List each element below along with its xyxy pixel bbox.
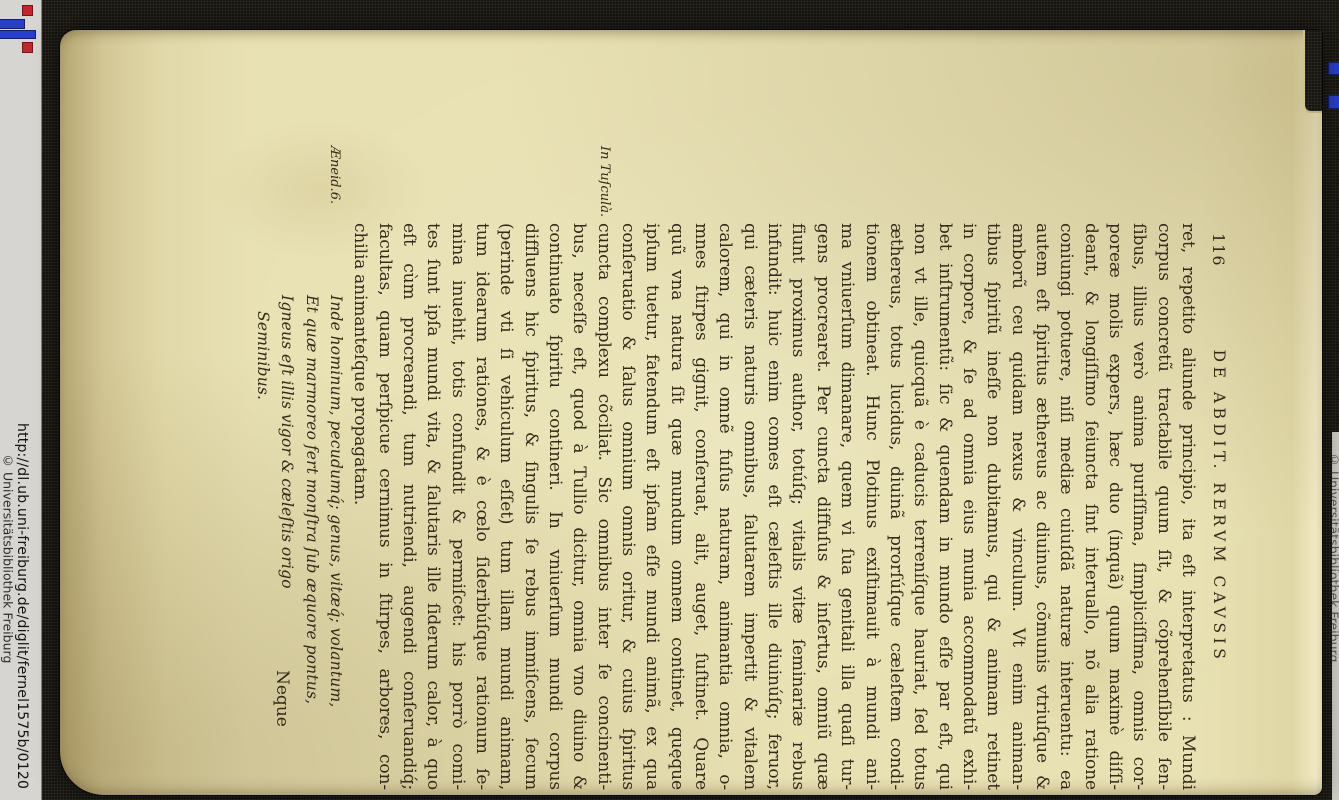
- text-line: corpus concretũ tractabile quum ſit, & c…: [1151, 223, 1175, 790]
- clipped-copyright-label: © Universitätsbibliothek Freiburg: [1332, 452, 1339, 662]
- text-line: coniungi potuere, niſi mediæ cuiuſdã nat…: [1053, 223, 1077, 790]
- text-line: tionem obtineat. Hunc Plotinus exiſtimau…: [859, 223, 883, 790]
- text-line: tes ſunt ipſa mundi vita, & ſalutaris il…: [421, 223, 445, 790]
- calibration-blue-bar-icon: [1328, 62, 1339, 75]
- text-line: ipſum tuetur, fatendum eſt ipſam eſſe mu…: [640, 223, 664, 790]
- text-line: bus, neceſſe eſt, quod à Tullio dicitur,…: [567, 223, 591, 790]
- margin-note: In Tuſculà.: [597, 146, 612, 220]
- text-line: ret, repetito aliunde principio, ita eſt…: [1175, 223, 1199, 790]
- text-line: conſeruatio & ſalus omnium omnis oritur,…: [615, 223, 639, 790]
- catchword: Neque: [272, 670, 292, 727]
- text-line: æthereus, totus lucidus, diuinã prorſúſq…: [883, 223, 907, 790]
- copyright-label: © Universitätsbibliothek Freiburg: [1, 453, 14, 663]
- text-line: Seminibus.: [250, 223, 274, 790]
- text-line: amborũ ceu quidam nexus & vinculum. Vt e…: [1005, 223, 1029, 790]
- text-line: tibus ſpiritũ ineſſe non dubitamus, qui …: [980, 223, 1004, 790]
- text-line: mina inuehit, totis confundit & permiſce…: [445, 223, 469, 790]
- calibration-blue-bar-icon: [0, 30, 36, 39]
- text-line: quũ vna natura ſit quæ mundum omnem cont…: [664, 223, 688, 790]
- text-line: chilia animanteſque propagatam.: [347, 223, 371, 790]
- text-line: (perinde vti ſi vehiculum eſſet) tum ill…: [494, 223, 518, 790]
- page-corner-notch: [1303, 30, 1322, 113]
- book-page: 116 DE ABDIT. RERVM CAVSIS ret, repetito…: [60, 30, 1322, 795]
- text-line: calorem, qui in omnẽ fuſus naturam, anim…: [713, 223, 737, 790]
- text-line: infundit: huic enim comes eſt cæleſtis i…: [761, 223, 785, 790]
- text-line: ſibus, illius verò anima puriſſima, ſimp…: [1126, 223, 1150, 790]
- margin-note: Æneid.6.: [327, 146, 342, 220]
- text-line: fiunt proximus author, totúſq; vitalis v…: [786, 223, 810, 790]
- text-line: facultas, quam perſpicue cernimus in ſti…: [372, 223, 396, 790]
- text-line: mnes ſtirpes gignit, conſeruat, alit, au…: [688, 223, 712, 790]
- viewer-side-bar: http://dl.ub.uni-freiburg.de/diglit/fern…: [0, 0, 42, 800]
- text-line: non vt ille, quicquã è caducis terreníſq…: [907, 223, 931, 790]
- calibration-blue-bar-icon: [1328, 95, 1339, 109]
- text-line: gens procrearet. Per cuncta diffuſus & i…: [810, 223, 834, 790]
- text-line: deant, & longiſſimo ſeiuncta ſint interu…: [1078, 223, 1102, 790]
- text-line: ma vniuerſum dimanare, quem vi ſua genit…: [834, 223, 858, 790]
- text-line: bet inſtrumentũ: ſic & quendam in mundo …: [932, 223, 956, 790]
- running-title: DE ABDIT. RERVM CAVSIS: [1210, 223, 1228, 790]
- text-line: diffluens hic ſpiritus, & ſingulis ſe re…: [518, 223, 542, 790]
- calibration-red-mark-icon: [22, 5, 33, 16]
- calibration-red-mark-icon: [22, 42, 33, 53]
- text-block: ret, repetito aliunde principio, ita eſt…: [250, 223, 1199, 790]
- text-line: poreæ molis expers, hæc duo (inquã) quum…: [1102, 223, 1126, 790]
- text-line: tum idearum rationes, & è cœlo ſideribúſ…: [469, 223, 493, 790]
- text-line: Inde hominum, pecudumq́; genus, vitæq́; …: [323, 223, 347, 790]
- text-line: cuncta complexu cõciliat. Sic omnibus in…: [591, 223, 615, 790]
- text-line: qui cæteris naturis omnibus, ſalutarem i…: [737, 223, 761, 790]
- text-line: eſt cùm procreandi, tum nutriendi, augen…: [396, 223, 420, 790]
- text-line: Et quæ marmoreo fert monſtra ſub æquore …: [299, 223, 323, 790]
- text-line: continuato ſpiritu contineri. In vniuerſ…: [542, 223, 566, 790]
- scan-viewer: http://dl.ub.uni-freiburg.de/diglit/fern…: [0, 0, 1339, 800]
- text-line: in corpore, & ſe ad omnia eius munia acc…: [956, 223, 980, 790]
- source-url-label: http://dl.ub.uni-freiburg.de/diglit/fern…: [15, 423, 29, 789]
- text-line: autem eſt ſpiritus æthereus ac diuinus, …: [1029, 223, 1053, 790]
- printed-leaf: 116 DE ABDIT. RERVM CAVSIS ret, repetito…: [59, 30, 1324, 795]
- clipped-right-caption-bar: © Universitätsbibliothek Freiburg: [1332, 432, 1339, 800]
- calibration-blue-bar-icon: [0, 19, 25, 29]
